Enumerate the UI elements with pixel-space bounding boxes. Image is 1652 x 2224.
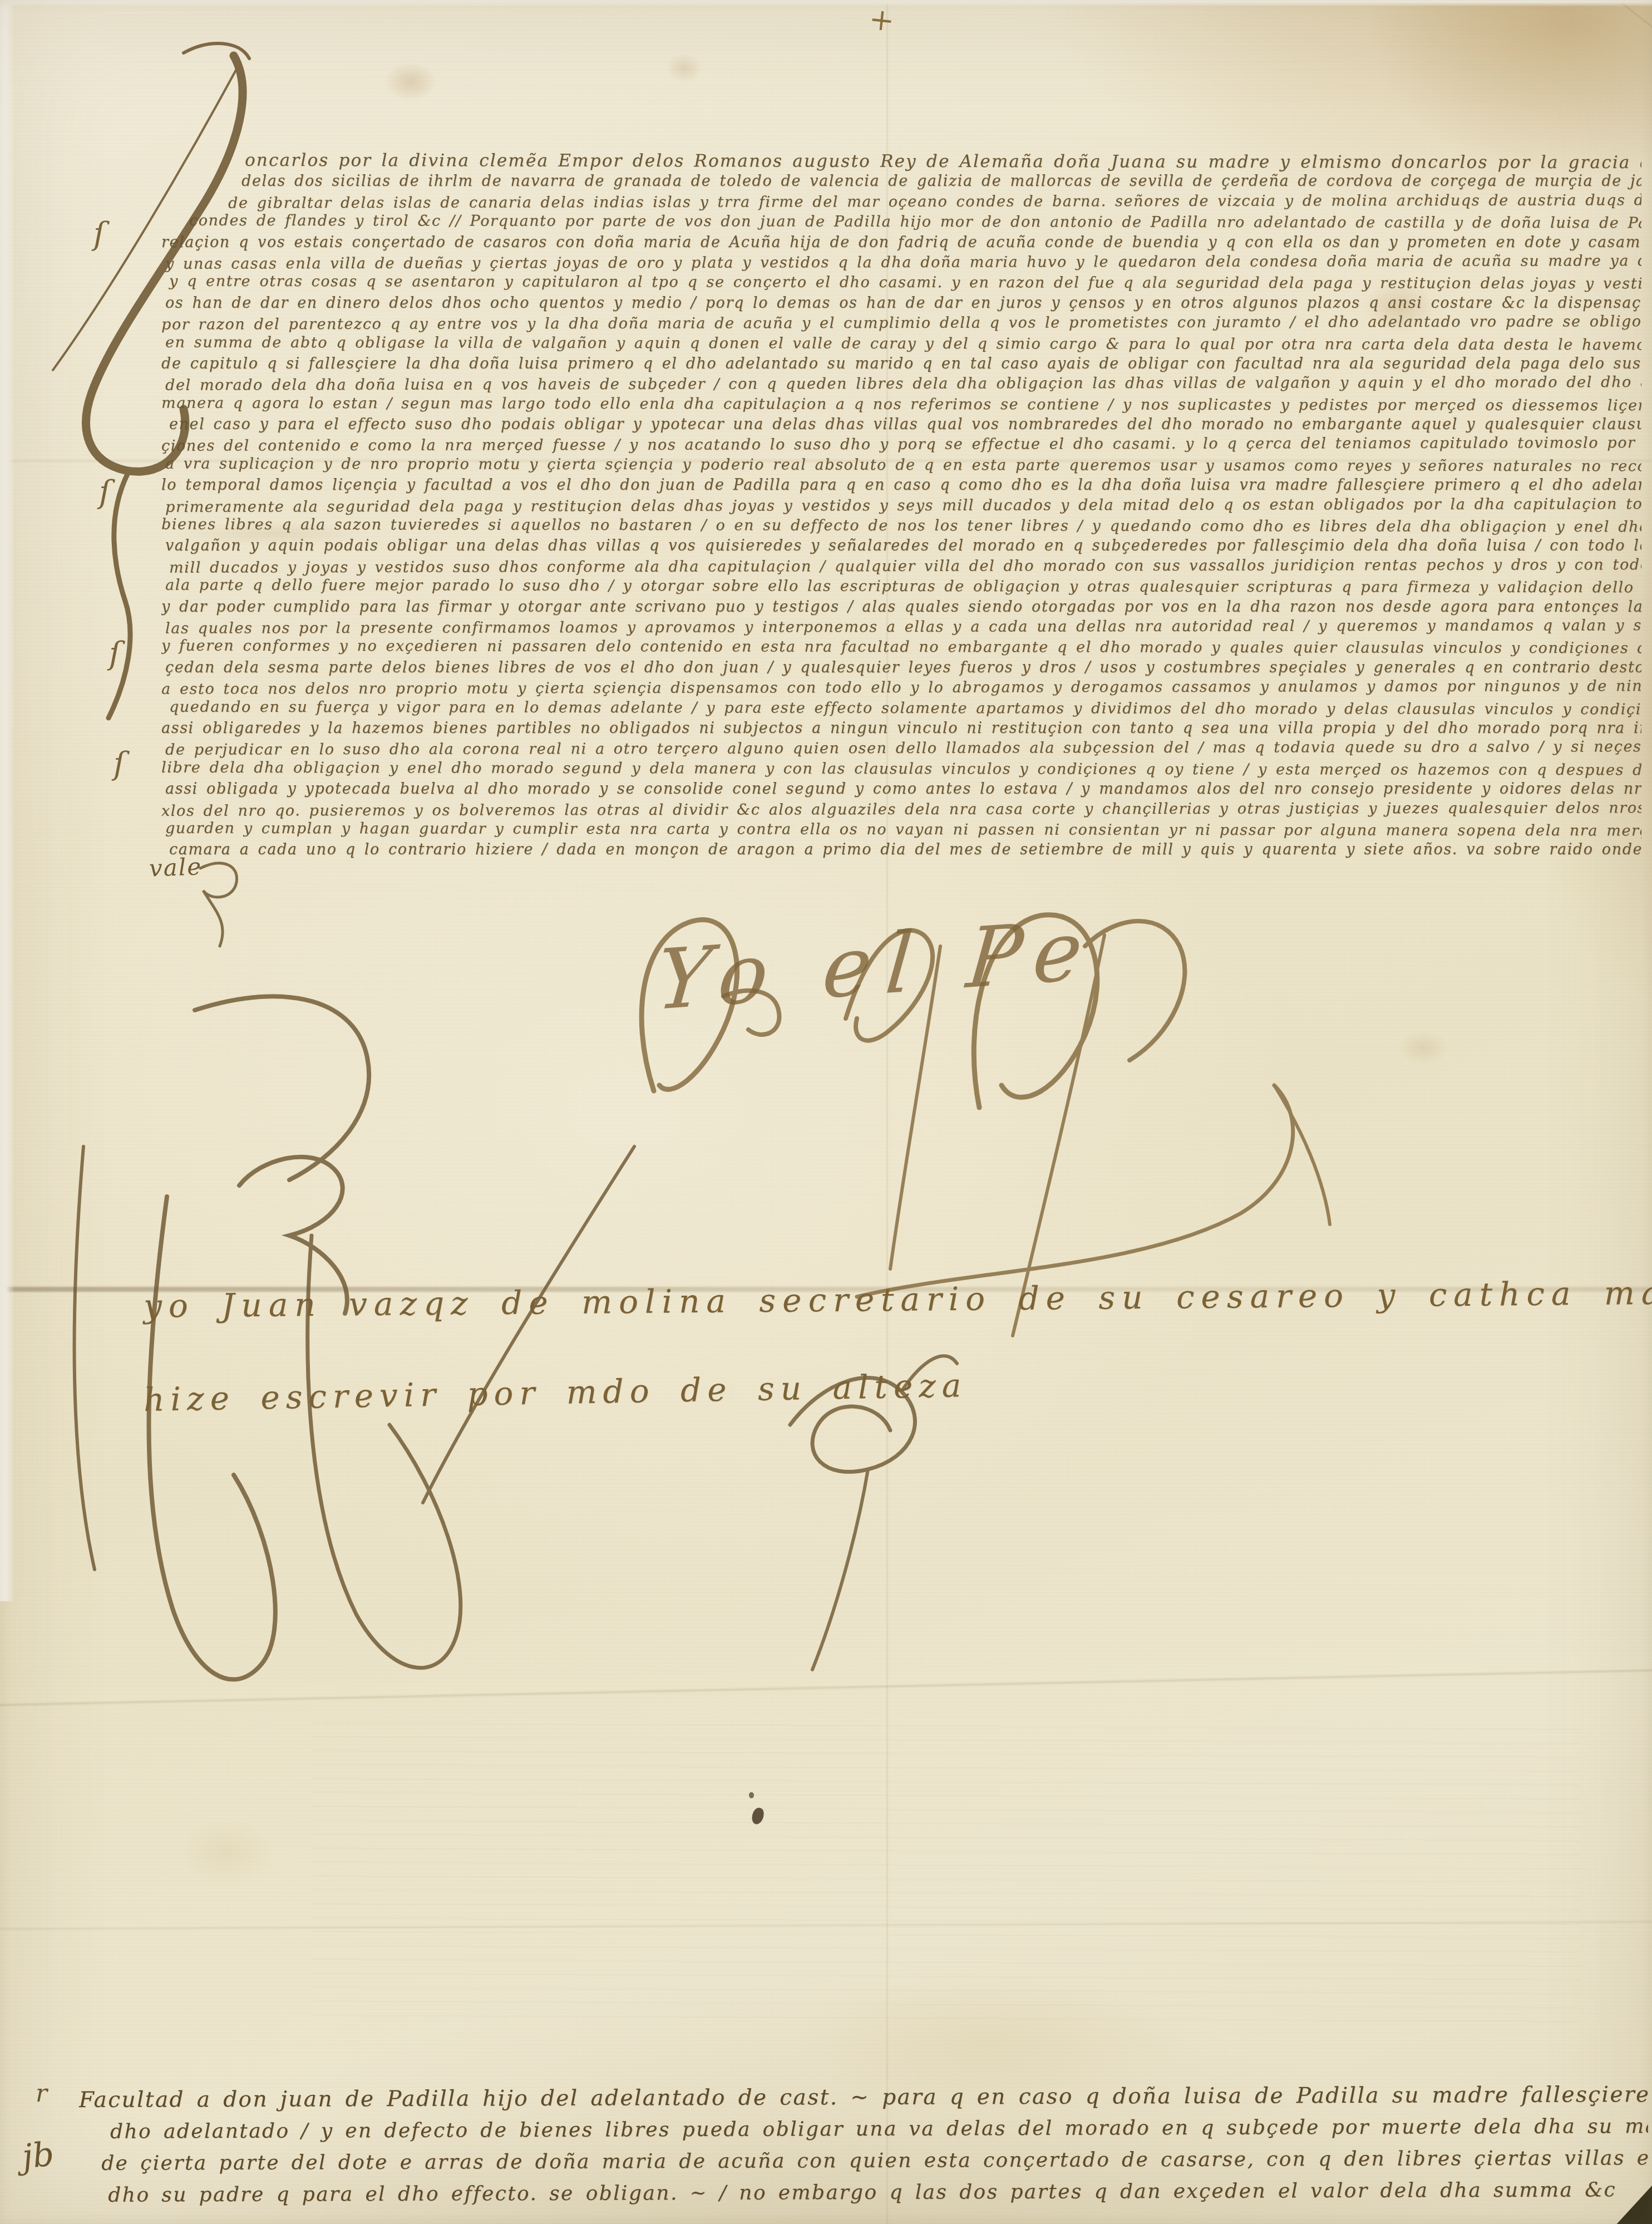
verso-showthrough (311, 1716, 1581, 2035)
docket-margin-mark-jb: jb (20, 2134, 56, 2177)
charter-text-line: a vra suplicaçion y de nro proprio motu … (165, 454, 1641, 477)
docket-text-line: dho adelantado / y en defecto de bienes … (110, 2110, 1648, 2148)
docket-text-line: de çierta parte del dote e arras de doña… (101, 2142, 1648, 2179)
scan-edge-left (0, 0, 14, 1601)
horizontal-fold-lower (0, 1668, 1652, 1706)
charter-text-line: oncarlos por la divina clemẽa Empor delo… (245, 151, 1641, 173)
stain (1397, 1031, 1449, 1065)
margin-paragraph-mark: ſ (99, 474, 111, 510)
secretary-paraph-flourish (75, 996, 634, 1679)
charter-text-line: assi obligaredes y la hazemos bienes par… (161, 719, 1641, 739)
charter-text-line: las quales nos por la presente confirmam… (165, 616, 1641, 639)
charter-text-line: condes de flandes y tirol &c // Porquant… (189, 211, 1641, 234)
docket-summary-block: Facultad a don juan de Padilla hijo del … (79, 2079, 1649, 2211)
charter-text-line: çiones del contenido e como la nra merçe… (161, 434, 1641, 457)
charter-text-line: relaçion q vos estais conçertado de casa… (161, 233, 1641, 253)
secretary-signature-line2: hize escrevir por mdo de su alteza (144, 1366, 968, 1419)
charter-text-line: lo temporal damos liçençia y facultad a … (161, 475, 1641, 495)
stain (179, 1819, 274, 1886)
charter-text-line: por razon del parentezco q ay entre vos … (161, 312, 1641, 335)
vale-rubric (200, 863, 237, 946)
stain (667, 53, 702, 82)
charter-text-line: quedando en su fuerça y vigor para en lo… (169, 697, 1641, 720)
charter-text-line: de perjudicar en lo suso dho ala corona … (165, 737, 1641, 761)
charter-text-line: valgañon y aquin podais obligar una dela… (165, 536, 1641, 556)
margin-paragraph-mark: ſ (114, 746, 125, 782)
margin-paragraph-mark: ſ (93, 216, 105, 252)
charter-text-line: guarden y cumplan y hagan guardar y cump… (165, 819, 1641, 842)
charter-text-line: y unas casas enla villa de dueñas y çier… (165, 251, 1641, 274)
charter-text-line: del morado dela dha doña luisa en q vos … (165, 373, 1641, 396)
charter-text-line: çedan dela sesma parte delos bienes libr… (165, 658, 1641, 678)
charter-text-line: xlos del nro qo. pusieremos y os bolvere… (161, 798, 1641, 821)
charter-text-block: oncarlos por la divina clemẽa Empor delo… (161, 151, 1641, 866)
charter-text-line: bienes libres q ala sazon tuvieredes si … (161, 515, 1641, 538)
charter-text-line: mill ducados y joyas y vestidos suso dho… (169, 555, 1641, 578)
charter-text-line: libre dela dha obligaçion y enel dho mor… (161, 757, 1641, 780)
docket-text-line: Facultad a don juan de Padilla hijo del … (79, 2079, 1648, 2116)
charter-text-line: ala parte q dello fuere mejor parado lo … (165, 575, 1641, 598)
vale-mark: vale (149, 853, 203, 882)
charter-text-line: manera q agora lo estan / segun mas larg… (161, 393, 1641, 416)
charter-text-line: a esto toca nos delos nro proprio motu y… (161, 676, 1641, 700)
charter-text-line: en summa de abto q obligase la villa de … (165, 332, 1641, 355)
charter-text-line: os han de dar en dinero delos dhos ocho … (165, 293, 1641, 313)
charter-text-line: y q entre otras cosas q se asentaron y c… (169, 272, 1641, 294)
charter-text-line: primeramente ala seguridad dela paga y r… (165, 494, 1641, 518)
scan-edge-top (0, 0, 1652, 7)
charter-text-line: de capitulo q si fallesçiere la dha doña… (161, 354, 1641, 374)
charter-text-line: camara a cada uno q lo contrario hiziere… (169, 840, 1641, 860)
secretary-signature-line: yo Juan vazqz de molina secretario de su… (144, 1273, 1652, 1325)
manuscript-page: + oncarlos por la divina clemẽa Empor de… (0, 0, 1652, 2224)
docket-margin-mark-r: r (36, 2079, 47, 2108)
docket-text-line: dho su padre q para el dho effecto. se o… (108, 2174, 1648, 2211)
charter-text-line: de gibraltar delas islas de canaria dela… (228, 190, 1641, 214)
royal-signature: Yo el Pe (653, 902, 1101, 1029)
charter-text-line: enel caso y para el effecto suso dho pod… (169, 415, 1641, 435)
charter-text-line: assi obligada y ypotecada buelva al dho … (165, 779, 1641, 799)
charter-text-line: delas dos sicilias de ihrlm de navarra d… (241, 171, 1641, 191)
corner-crease (1594, 0, 1652, 65)
stain (384, 62, 437, 101)
charter-text-line: y fueren conformes y no exçedieren ni pa… (161, 636, 1641, 659)
charter-text-line: y dar poder cumplido para las firmar y o… (161, 597, 1641, 617)
margin-paragraph-mark: ſ (109, 636, 121, 672)
